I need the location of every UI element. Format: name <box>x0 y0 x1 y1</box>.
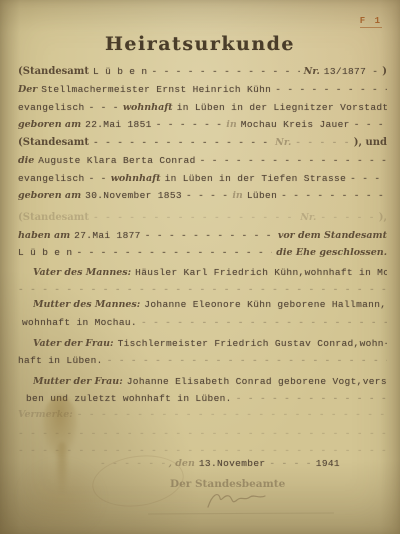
groom-religion-value: evangelisch <box>18 102 85 113</box>
fill-dashes: - - - - - - - - - - - - - - - - - - - - … <box>145 230 274 241</box>
row-groom-residence: evangelisch - - - wohnhaft in Lüben in d… <box>18 102 387 113</box>
short-dashes: - - - - - <box>320 212 374 223</box>
geboren-am-label: geboren am <box>18 190 81 201</box>
in-label: in <box>226 119 237 130</box>
row-remarks-blank: - - - - - - - - - - - - - - - - - - - - … <box>18 445 387 456</box>
nr-label: Nr. <box>300 212 316 223</box>
fill-dashes: - - - - - - - - - - - - - - - - - - - - … <box>93 137 271 148</box>
ehe-geschlossen-label: die Ehe geschlossen. <box>276 247 387 258</box>
fill-dashes: - - - - - - - - - - - - - - - - - - - - … <box>350 173 387 184</box>
nr-label: Nr. <box>304 66 320 77</box>
short-dashes: - - - - <box>186 190 228 201</box>
vater-der-frau-label: Vater der Frau: <box>33 338 114 349</box>
row-groom-name: Der Stellmachermeister Ernst Heinrich Kü… <box>18 84 387 95</box>
row-groom-birth: geboren am 22.Mai 1851 - - - - - - in Mo… <box>18 119 387 130</box>
fill-dashes: - - - - - - - - - - - - - - - - - - - - … <box>107 355 387 366</box>
fill-dashes: - - - - - - - - - - - - - - - - - - - - … <box>18 284 387 295</box>
fill-dashes: - - - - - - - - - - - - - - - - - - - - … <box>200 155 387 166</box>
standesamt-label: (Standesamt <box>18 66 89 77</box>
mutter-des-mannes-label: Mutter des Mannes: <box>33 299 140 310</box>
mother-groom-value-cont: wohnhaft in Mochau. <box>22 317 137 328</box>
nr-label: Nr. <box>275 137 291 148</box>
registry-place-value: L ü b e n <box>93 66 147 77</box>
fill-dashes: - - - - - - - - - - - - - - - - - - - - … <box>275 84 387 95</box>
row-mother-groom: Mutter des Mannes: Johanne Eleonore Kühn… <box>33 299 387 310</box>
row-registry-groom: (Standesamt L ü b e n - - - - - - - - - … <box>18 66 387 77</box>
marriage-place-value: L ü b e n <box>18 247 72 258</box>
fill-dashes: - - - - - - - - - - - - - - - - - - - - … <box>141 317 387 328</box>
row-father-bride-cont: haft in Lüben. - - - - - - - - - - - - -… <box>18 355 387 366</box>
fold-line <box>148 513 334 515</box>
short-dashes: - - - - <box>269 458 311 469</box>
row-mother-bride: Mutter der Frau: Johanne Elisabeth Conra… <box>33 376 387 387</box>
row-father-bride: Vater der Frau: Tischlermeister Friedric… <box>33 338 387 349</box>
marriage-date-value: 27.Mai 1877 <box>74 230 141 241</box>
row-marriage-place: L ü b e n - - - - - - - - - - - - - - - … <box>18 247 387 258</box>
bride-birthdate-value: 30.November 1853 <box>85 190 182 201</box>
bride-name-value: Auguste Klara Berta Conrad <box>38 155 195 166</box>
fill-dashes: - - - - - - - - - - - - - - - - - - - - … <box>93 212 296 223</box>
in-label: in <box>232 190 243 201</box>
short-dashes: - - <box>89 173 107 184</box>
nr-value: 13/1877 - <box>324 66 378 77</box>
fill-dashes: - - - - - - - - - - - - - - - - - - - - … <box>18 445 387 456</box>
row-mother-bride-cont: ben und zuletzt wohnhaft in Lüben. - - -… <box>26 393 387 404</box>
row-bride-birth: geboren am 30.November 1853 - - - - in L… <box>18 190 387 201</box>
bride-residence-value: in Lüben in der Tiefen Strasse <box>165 173 347 184</box>
close-paren: ), <box>379 212 387 223</box>
article-label: die <box>18 155 34 166</box>
father-bride-value-cont: haft in Lüben. <box>18 355 103 366</box>
fill-dashes: - - - - - - - - - - - - - - - - - - - - … <box>281 190 387 201</box>
registrar-signature <box>204 489 270 513</box>
bride-religion-value: evangelisch <box>18 173 85 184</box>
row-registry-blank: (Standesamt - - - - - - - - - - - - - - … <box>18 212 387 223</box>
document-title: Heiratsurkunde <box>0 33 400 55</box>
father-groom-value: Häusler Karl Friedrich Kühn,wohnhaft in … <box>135 267 387 278</box>
fill-dashes: - - - - - - - - - - - - - - - - - - - - … <box>151 66 299 77</box>
standesamt-label: (Standesamt <box>18 212 89 223</box>
mother-bride-value: Johanne Elisabeth Conrad geborene Vogt,v… <box>127 376 387 387</box>
fill-dashes: - - - - - - - - - - - - - - - - - - - - … <box>76 247 272 258</box>
row-mother-groom-cont: wohnhaft in Mochau. - - - - - - - - - - … <box>22 317 387 328</box>
close-paren: ), und <box>354 137 387 148</box>
wohnhaft-label: wohnhaft <box>123 102 173 113</box>
vor-dem-standesamt-label: vor dem Standesamt <box>278 230 387 241</box>
groom-birthplace-value: Mochau Kreis Jauer <box>241 119 350 130</box>
row-bride-name: die Auguste Klara Berta Conrad - - - - -… <box>18 155 387 166</box>
short-dashes: - - - - - <box>295 137 349 148</box>
fill-dashes: - - - - - - - - - - - - - - - - - - - - … <box>236 393 387 404</box>
fill-dashes: - - - - - - - - - - - - - - - - - - - - … <box>354 119 387 130</box>
document-page: F 1 Heiratsurkunde (Standesamt L ü b e n… <box>0 0 400 534</box>
groom-name-value: Stellmachermeister Ernst Heinrich Kühn <box>41 84 271 95</box>
standesamt-label: (Standesamt <box>18 137 89 148</box>
row-bride-residence: evangelisch - - wohnhaft in Lüben in der… <box>18 173 387 184</box>
mother-groom-value: Johanne Eleonore Kühn geborene Hallmann, <box>144 299 386 310</box>
issue-date-value: 13.November <box>199 458 266 469</box>
row-registry-bride: (Standesamt - - - - - - - - - - - - - - … <box>18 137 387 148</box>
vater-des-mannes-label: Vater des Mannes: <box>33 267 131 278</box>
wohnhaft-label: wohnhaft <box>111 173 161 184</box>
row-registrar: Der Standesbeamte <box>170 478 387 490</box>
groom-birthdate-value: 22.Mai 1851 <box>85 119 152 130</box>
row-separator-dashes: - - - - - - - - - - - - - - - - - - - - … <box>18 284 387 295</box>
fill-dashes: - - - - - - - - - - - - - - - - - - - - … <box>77 409 387 420</box>
issue-year-value: 1941 <box>316 458 340 469</box>
form-corner-mark: F 1 <box>360 16 382 28</box>
row-marriage-date: haben am 27.Mai 1877 - - - - - - - - - -… <box>18 230 387 241</box>
bride-birthplace-value: Lüben <box>247 190 277 201</box>
row-father-groom: Vater des Mannes: Häusler Karl Friedrich… <box>33 267 387 278</box>
geboren-am-label: geboren am <box>18 119 81 130</box>
father-bride-value: Tischlermeister Friedrich Gustav Conrad,… <box>118 338 387 349</box>
groom-residence-value: in Lüben in der Liegnitzer Vorstadt <box>177 102 387 113</box>
article-label: Der <box>18 84 37 95</box>
paper-discoloration <box>16 458 106 534</box>
short-dashes: - - - - - - <box>156 119 223 130</box>
close-paren: ) <box>382 66 387 77</box>
mutter-der-frau-label: Mutter der Frau: <box>33 376 123 387</box>
haben-am-label: haben am <box>18 230 70 241</box>
short-dashes: - - - <box>89 102 119 113</box>
